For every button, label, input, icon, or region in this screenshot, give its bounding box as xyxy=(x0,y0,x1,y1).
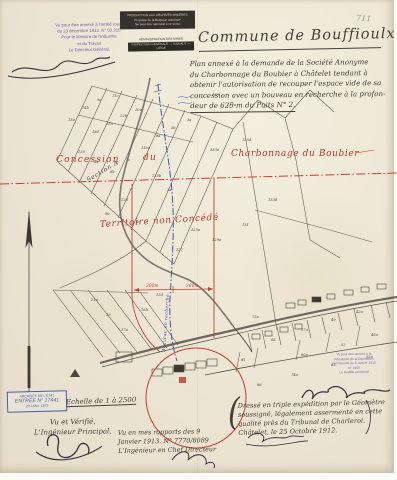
parcel-number: 21a xyxy=(90,298,98,302)
parcel-number: 125a xyxy=(191,228,200,232)
parcel-number: 60a xyxy=(301,353,308,357)
parcel-number: 6b xyxy=(110,170,115,174)
signature-greffier xyxy=(302,386,390,399)
parcel-number: 86 xyxy=(257,383,262,387)
report-block: Vu en mes rapports des 9 Janvier 1913. N… xyxy=(118,427,216,456)
parcel-number: 4a xyxy=(93,160,98,164)
parcel-numbers: 13a14b9a11c18d15a12b10a1304a6b7c110a8a5b… xyxy=(68,93,378,387)
north-arrow xyxy=(26,210,33,392)
scanned-plan-document: Bouveau en recherche 300m 300m Concessio… xyxy=(0,0,397,480)
parcel-number: 5b xyxy=(171,126,176,130)
parcel-number: 42a xyxy=(355,310,363,314)
parcel-number: 131 xyxy=(242,223,249,227)
parcel-number: 18d xyxy=(92,130,100,134)
parcel-number: 110a xyxy=(141,146,150,150)
parcel-number: 16b xyxy=(141,308,149,312)
parcel-number: 12b xyxy=(120,114,128,118)
measure-right-label: 300m xyxy=(186,284,199,289)
report-line: L'Ingénieur en Chef Directeur xyxy=(118,445,216,456)
verified-block: Vu et Vérifié, L'Ingénieur Principal, xyxy=(34,417,112,437)
parcel-number: 4c xyxy=(135,220,140,224)
parcel-number: 13a xyxy=(68,118,75,122)
parcel-number: 81 xyxy=(241,358,246,362)
parcel-number: 135d xyxy=(242,138,252,142)
parcel-number: 11c xyxy=(112,94,119,98)
parcel-number: 10a xyxy=(135,108,142,112)
surveyor-block: Dressé en triple expédition par le Géomè… xyxy=(238,398,386,438)
parcel-number: 127 xyxy=(176,248,184,252)
parcel-number: 123b xyxy=(152,174,162,178)
archive-stamp-secondary: ADMINISTRATION DES MINES INSPECTION GÉNÉ… xyxy=(128,36,194,51)
charbonnage-label: Charbonnage du Boubier xyxy=(231,149,359,159)
parcel-number: 8a xyxy=(156,134,160,138)
parcel-number: 52 xyxy=(341,343,346,347)
deputation-stamp: Vu pour être annexé à la Résolution de l… xyxy=(318,351,390,375)
parcel-number: 7c xyxy=(126,158,130,162)
parcel-number: 2a xyxy=(166,188,171,192)
parcel-number: 9b xyxy=(105,212,110,216)
parcel-number: 17a xyxy=(121,328,128,332)
parcel-number: 19 xyxy=(106,313,111,317)
signature-ingenieur-principal xyxy=(47,435,89,458)
parcel-number: 49 xyxy=(330,318,336,322)
parcel-number: 130 xyxy=(78,150,86,154)
stamp-line: INSPECTION GÉNÉRALE — HAINAUT — LIÈGE xyxy=(128,41,194,51)
parcel-number: 9a xyxy=(97,98,101,102)
parcel-number: 129a xyxy=(212,238,221,242)
parcel-number: 74a xyxy=(291,373,298,377)
concession-du-label: du xyxy=(143,153,157,163)
parcel-number: 15a xyxy=(106,122,113,126)
parcel-number: 45a xyxy=(370,333,378,337)
signature-ministry xyxy=(12,57,110,72)
parcel-number: 3a xyxy=(187,118,191,122)
territoire-label: Territoire non Concédé xyxy=(100,212,220,230)
verified-line: L'Ingénieur Principal, xyxy=(34,427,112,438)
stamp-line: Ne peut être reproduit à ce verso xyxy=(121,22,194,27)
parcel-number: 68 xyxy=(271,338,276,342)
pencil-folio-number: 711 xyxy=(356,13,372,23)
measure-left-label: 300m xyxy=(146,284,159,289)
parcel-number: 14b xyxy=(82,106,90,110)
parcel-number: 133d xyxy=(268,198,278,202)
parcel-number: 75a xyxy=(252,315,259,319)
intro-line: deur de 625 m du Puits N° 2. xyxy=(190,99,394,113)
parcel-number: 57a xyxy=(301,328,308,332)
intro-paragraph: Plan annexé à la demande de la Société A… xyxy=(190,57,395,113)
archive-entry-stamp: ARCHIVES DE L'ÉTAT ENTRÉE N° 17441 23 JA… xyxy=(7,390,68,412)
archive-stamp-black: PRODUCTION AUX ARCHIVES MINIÈRES Proprié… xyxy=(120,11,195,29)
parcel-number: 12d xyxy=(121,198,129,202)
parcel-number: 133a xyxy=(210,148,219,152)
parcel-number: 15d xyxy=(156,293,164,297)
shaft-marker xyxy=(179,377,186,383)
